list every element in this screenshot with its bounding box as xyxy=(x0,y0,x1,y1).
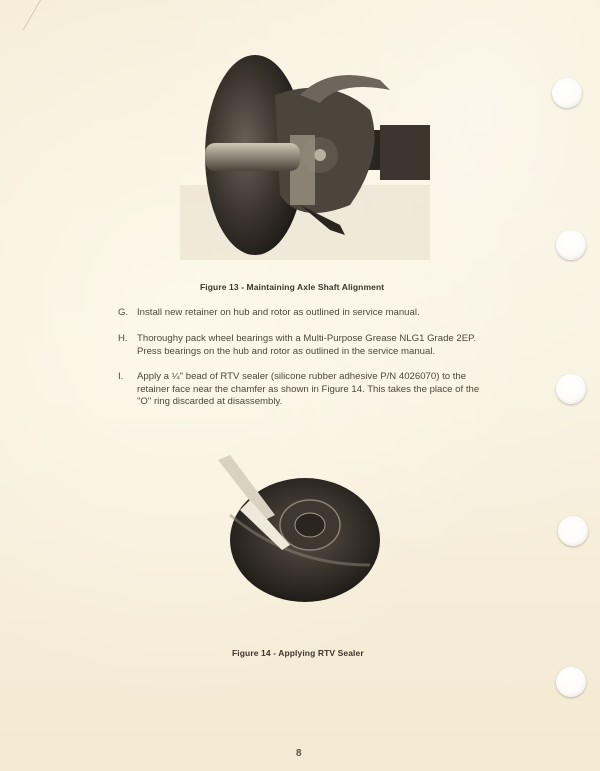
page-number: 8 xyxy=(296,748,302,759)
instruction-step-i: I. Apply a ¼" bead of RTV sealer (silico… xyxy=(118,371,488,409)
page-fold-mark xyxy=(0,0,41,30)
instruction-step-h: H. Thoroughy pack wheel bearings with a … xyxy=(118,333,488,358)
document-page: Figure 13 - Maintaining Axle Shaft Align… xyxy=(0,0,600,771)
binder-punch-hole xyxy=(558,516,588,546)
step-letter: G. xyxy=(118,307,128,320)
figure-14-caption: Figure 14 - Applying RTV Sealer xyxy=(232,648,364,658)
binder-punch-hole xyxy=(556,374,586,404)
step-letter: H. xyxy=(118,333,128,346)
instruction-step-g: G. Install new retainer on hub and rotor… xyxy=(118,307,488,320)
figure-13-photo xyxy=(180,55,430,260)
step-text: Install new retainer on hub and rotor as… xyxy=(137,307,488,320)
step-letter: I. xyxy=(118,371,123,384)
binder-punch-hole xyxy=(552,78,582,108)
step-text: Apply a ¼" bead of RTV sealer (silicone … xyxy=(137,371,488,409)
step-text: Thoroughy pack wheel bearings with a Mul… xyxy=(137,333,488,358)
binder-punch-hole xyxy=(556,667,586,697)
figure-14-photo xyxy=(210,455,380,605)
binder-punch-hole xyxy=(556,230,586,260)
figure-13-caption: Figure 13 - Maintaining Axle Shaft Align… xyxy=(200,282,384,292)
